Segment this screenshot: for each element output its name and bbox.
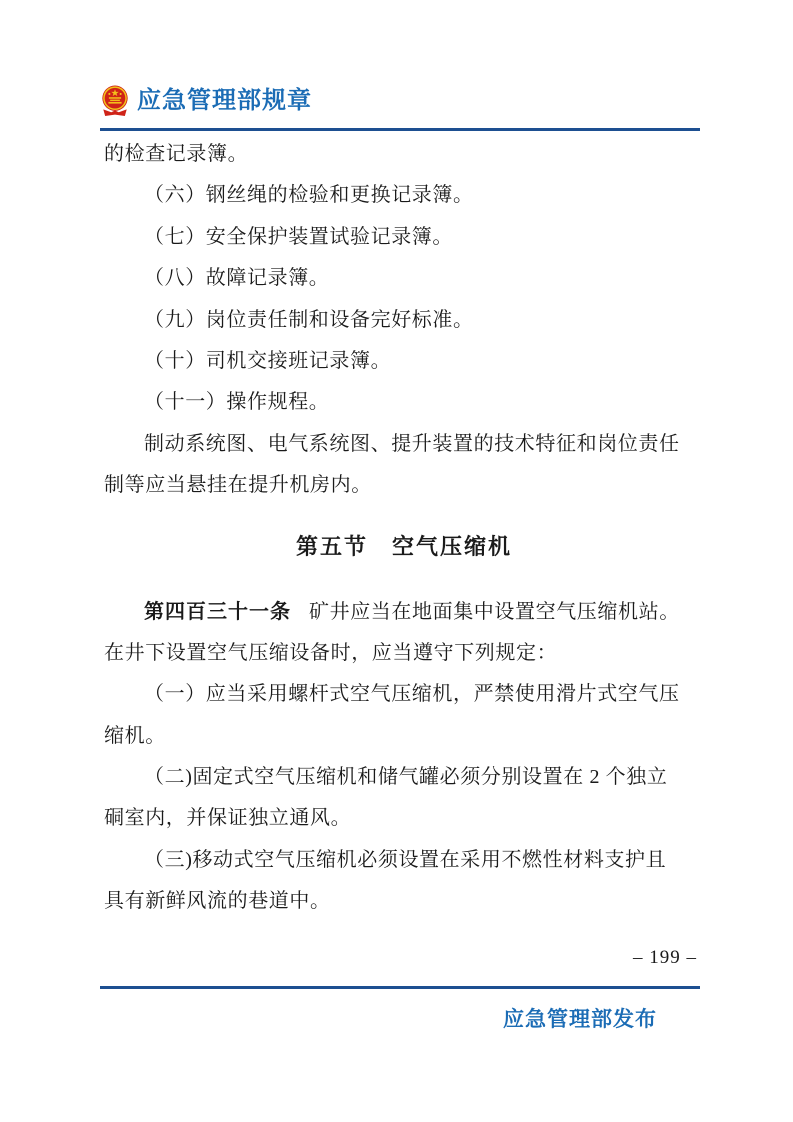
body-line: （六）钢丝绳的检验和更换记录簿。 xyxy=(104,175,704,216)
body-line: （十）司机交接班记录簿。 xyxy=(104,341,704,382)
national-emblem-icon xyxy=(100,84,130,117)
body-line: （二)固定式空气压缩机和储气罐必须分别设置在 2 个独立 xyxy=(104,757,704,798)
publisher-label: 应急管理部发布 xyxy=(430,1003,730,1033)
body-line: （七）安全保护装置试验记录簿。 xyxy=(104,217,704,258)
body-line: 制动系统图、电气系统图、提升装置的技术特征和岗位责任 xyxy=(104,424,704,465)
body-line: （九）岗位责任制和设备完好标准。 xyxy=(104,300,704,341)
body-line: 制等应当悬挂在提升机房内。 xyxy=(104,465,704,506)
body-line: （八）故障记录簿。 xyxy=(104,258,704,299)
body-line: （一）应当采用螺杆式空气压缩机，严禁使用滑片式空气压 xyxy=(104,674,704,715)
body-line: 硐室内，并保证独立通风。 xyxy=(104,798,704,839)
section-heading: 第五节 空气压缩机 xyxy=(104,526,704,568)
body-line: 具有新鲜风流的巷道中。 xyxy=(104,881,704,922)
body-line: 第四百三十一条矿井应当在地面集中设置空气压缩机站。 xyxy=(104,592,704,633)
body-line: 在井下设置空气压缩设备时，应当遵守下列规定： xyxy=(104,633,704,674)
body-line: （十一）操作规程。 xyxy=(104,382,704,423)
footer-rule xyxy=(100,986,700,989)
body-line: （三)移动式空气压缩机必须设置在采用不燃性材料支护且 xyxy=(104,840,704,881)
article-text: 矿井应当在地面集中设置空气压缩机站。 xyxy=(309,601,680,623)
article-number: 第四百三十一条 xyxy=(144,601,291,623)
body-line: 的检查记录簿。 xyxy=(104,134,704,175)
document-body: 的检查记录簿。（六）钢丝绳的检验和更换记录簿。（七）安全保护装置试验记录簿。（八… xyxy=(104,134,704,923)
document-page: 应急管理部规章 的检查记录簿。（六）钢丝绳的检验和更换记录簿。（七）安全保护装置… xyxy=(0,0,793,1122)
body-line: 缩机。 xyxy=(104,716,704,757)
header-rule xyxy=(100,128,700,131)
document-header-title: 应急管理部规章 xyxy=(137,85,312,117)
page-number: – 199 – xyxy=(633,947,697,969)
document-header: 应急管理部规章 xyxy=(100,84,312,117)
